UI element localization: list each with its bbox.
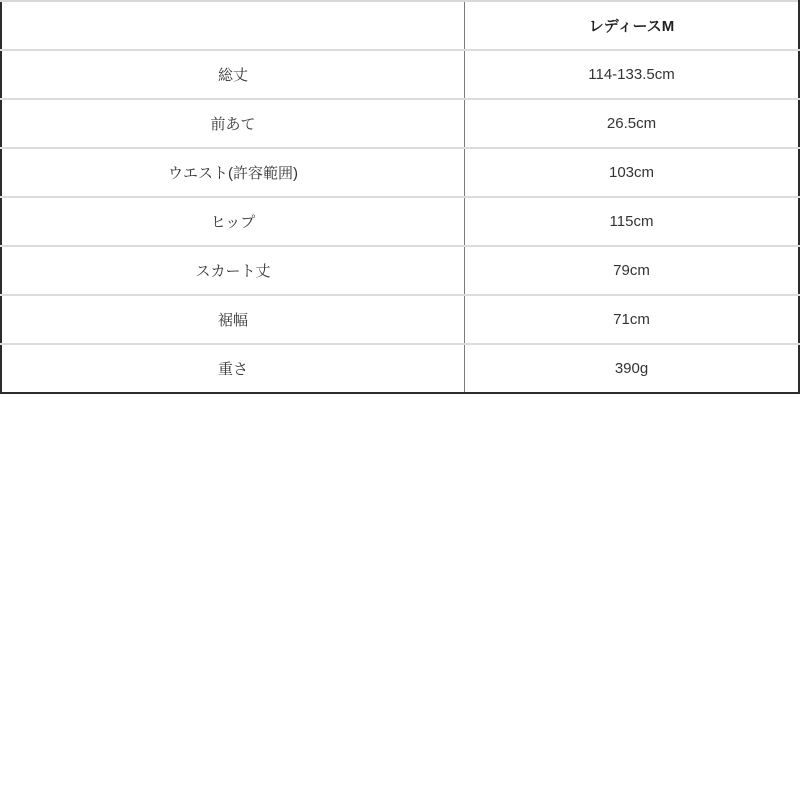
row-label: 裾幅: [1, 295, 465, 344]
row-label: 重さ: [1, 344, 465, 393]
row-value: 114-133.5cm: [465, 50, 800, 99]
table-row: 重さ 390g: [1, 344, 799, 393]
header-size-cell: レディースM: [465, 1, 800, 50]
table-row: 裾幅 71cm: [1, 295, 799, 344]
row-value: 26.5cm: [465, 99, 800, 148]
table-row: スカート丈 79cm: [1, 246, 799, 295]
row-value: 103cm: [465, 148, 800, 197]
row-label: ウエスト(許容範囲): [1, 148, 465, 197]
table-header-row: レディースM: [1, 1, 799, 50]
row-value: 71cm: [465, 295, 800, 344]
table-row: 前あて 26.5cm: [1, 99, 799, 148]
row-label: スカート丈: [1, 246, 465, 295]
row-value: 115cm: [465, 197, 800, 246]
row-value: 79cm: [465, 246, 800, 295]
row-value: 390g: [465, 344, 800, 393]
size-chart-table: レディースM 総丈 114-133.5cm 前あて 26.5cm ウエスト(許容…: [0, 0, 800, 394]
table-row: ヒップ 115cm: [1, 197, 799, 246]
table-row: ウエスト(許容範囲) 103cm: [1, 148, 799, 197]
header-label-cell: [1, 1, 465, 50]
table-row: 総丈 114-133.5cm: [1, 50, 799, 99]
row-label: 前あて: [1, 99, 465, 148]
row-label: ヒップ: [1, 197, 465, 246]
row-label: 総丈: [1, 50, 465, 99]
